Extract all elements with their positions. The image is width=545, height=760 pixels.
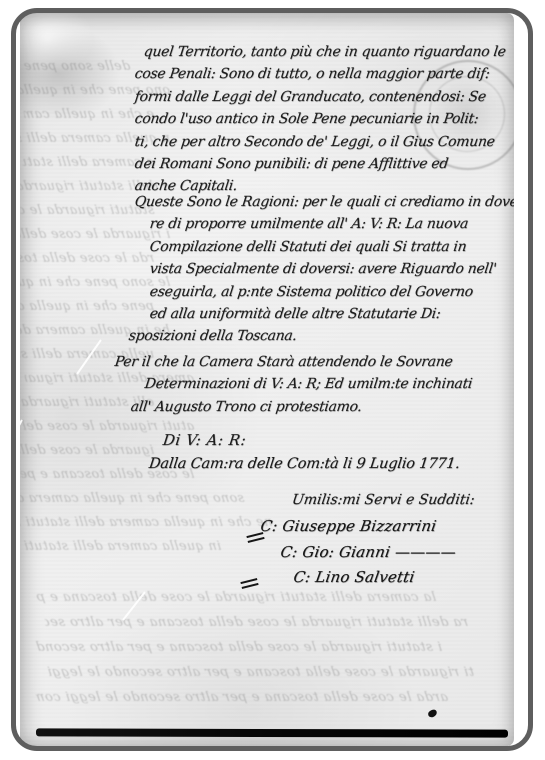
manuscript-text-line: Per il che la Camera Starà attendendo le… <box>113 354 473 376</box>
manuscript-text-line: vista Specialmente di doversi: avere Rig… <box>148 261 514 283</box>
manuscript-text-line: Compilazione delli Statuti dei quali Si … <box>148 239 514 261</box>
manuscript-scan-screenshot: { "colors": { "frame": "#5e5e5e", "paper… <box>0 0 545 760</box>
manuscript-text-line: re di proporre umilmente all' A: V: R: L… <box>148 216 514 238</box>
signature-block: C: Giuseppe BizzarriniC: Gio: Gianni ———… <box>258 517 453 594</box>
signature-line: C: Gio: Gianni ———— <box>278 543 457 569</box>
signature-line: C: Giuseppe Bizzarrini <box>258 517 457 543</box>
page-content-layer: delle sono pene che in queono pene che i… <box>20 13 514 746</box>
signature-line: C: Lino Salvetti <box>291 568 457 594</box>
manuscript-text-line: all' Augusto Trono ci protestiamo. <box>129 399 473 421</box>
manuscript-page: delle sono pene che in queono pene che i… <box>20 13 514 746</box>
manuscript-text-line: quel Territorio, tanto più che in quanto… <box>142 44 507 66</box>
body-paragraph-2: Queste Sono le Ragioni: per le quali ci … <box>133 194 514 351</box>
manuscript-text-line: Queste Sono le Ragioni: per le quali ci … <box>133 194 514 216</box>
body-paragraph-1: quel Territorio, tanto più che in quanto… <box>133 44 504 201</box>
manuscript-text-line: cose Penali: Sono di tutto, o nella magg… <box>133 66 507 88</box>
dateline: Dalla Cam:ra delle Com:tà li 9 Luglio 17… <box>148 456 461 472</box>
page-bottom-dark-edge <box>36 728 508 737</box>
manuscript-text-line: ti, che per altro Secondo de' Leggi, o i… <box>133 134 507 156</box>
closing-salutation: Umilis:mi Servi e Sudditi: <box>291 492 476 508</box>
body-paragraph-3: Per il che la Camera Starà attendendo le… <box>133 354 470 421</box>
manuscript-text-line: condo l'uso antico in Sole Pene pecuniar… <box>133 111 507 133</box>
manuscript-text-line: sposizioni della Toscana. <box>127 328 514 350</box>
manuscript-text-line: Determinazioni di V: A: R; Ed umilm:te i… <box>143 376 473 398</box>
handwritten-text-layer: quel Territorio, tanto più che in quanto… <box>20 13 514 746</box>
manuscript-text-line: ed alla uniformità delle altre Statutari… <box>148 306 514 328</box>
manuscript-text-line: dei Romani Sono punibili: di pene Afflit… <box>133 156 507 178</box>
signature-flourish-mark <box>240 578 258 589</box>
manuscript-text-line: formi dalle Leggi del Granducato, conten… <box>133 89 507 111</box>
valediction-line: Di V: A: R: <box>162 431 247 449</box>
manuscript-text-line: eseguirla, al p:nte Sistema politico del… <box>148 284 514 306</box>
